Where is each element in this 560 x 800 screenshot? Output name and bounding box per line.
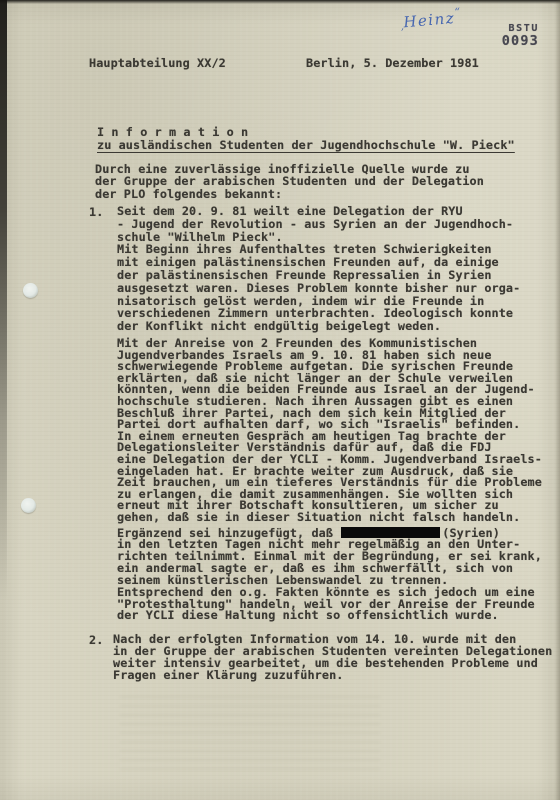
scan-edge-right [555, 0, 560, 800]
scan-edge-top [0, 0, 560, 4]
handwritten-name: Heinz [403, 9, 456, 31]
item1-paragraph-3-rest: in den letzten Tagen nicht mehr regelmäß… [117, 539, 542, 622]
stamp-page-number: 0093 [487, 34, 539, 48]
list-number-1: 1. [89, 205, 103, 219]
item1-paragraph-2: Mit der Anreise von 2 Freunden des Kommu… [117, 338, 542, 524]
item1-paragraph-1: Seit dem 20. 9. 81 weilt eine Delegation… [117, 205, 520, 333]
scan-edge-left [0, 0, 7, 600]
handwritten-close-quote: “ [454, 5, 461, 18]
scanned-document-page: ‚Heinz“ BSTU 0093 Hauptabteilung XX/2 Be… [0, 0, 560, 800]
document-subtitle: zu ausländischen Studenten der Jugendhoc… [97, 139, 515, 152]
bstu-archive-stamp: BSTU 0093 [487, 23, 539, 48]
department-line: Hauptabteilung XX/2 [89, 56, 226, 70]
handwritten-annotation: ‚Heinz“ [399, 5, 461, 32]
punch-hole-top [23, 283, 38, 298]
document-title: I n f o r m a t i o n [97, 126, 248, 139]
bleed-through-ghosting [120, 690, 380, 770]
item2-paragraph: Nach der erfolgten Information vom 14. 1… [113, 633, 552, 681]
list-number-2: 2. [89, 633, 103, 647]
punch-hole-bottom [21, 498, 36, 513]
place-date-line: Berlin, 5. Dezember 1981 [306, 56, 479, 70]
intro-paragraph: Durch eine zuverlässige inoffizielle Que… [95, 163, 484, 200]
